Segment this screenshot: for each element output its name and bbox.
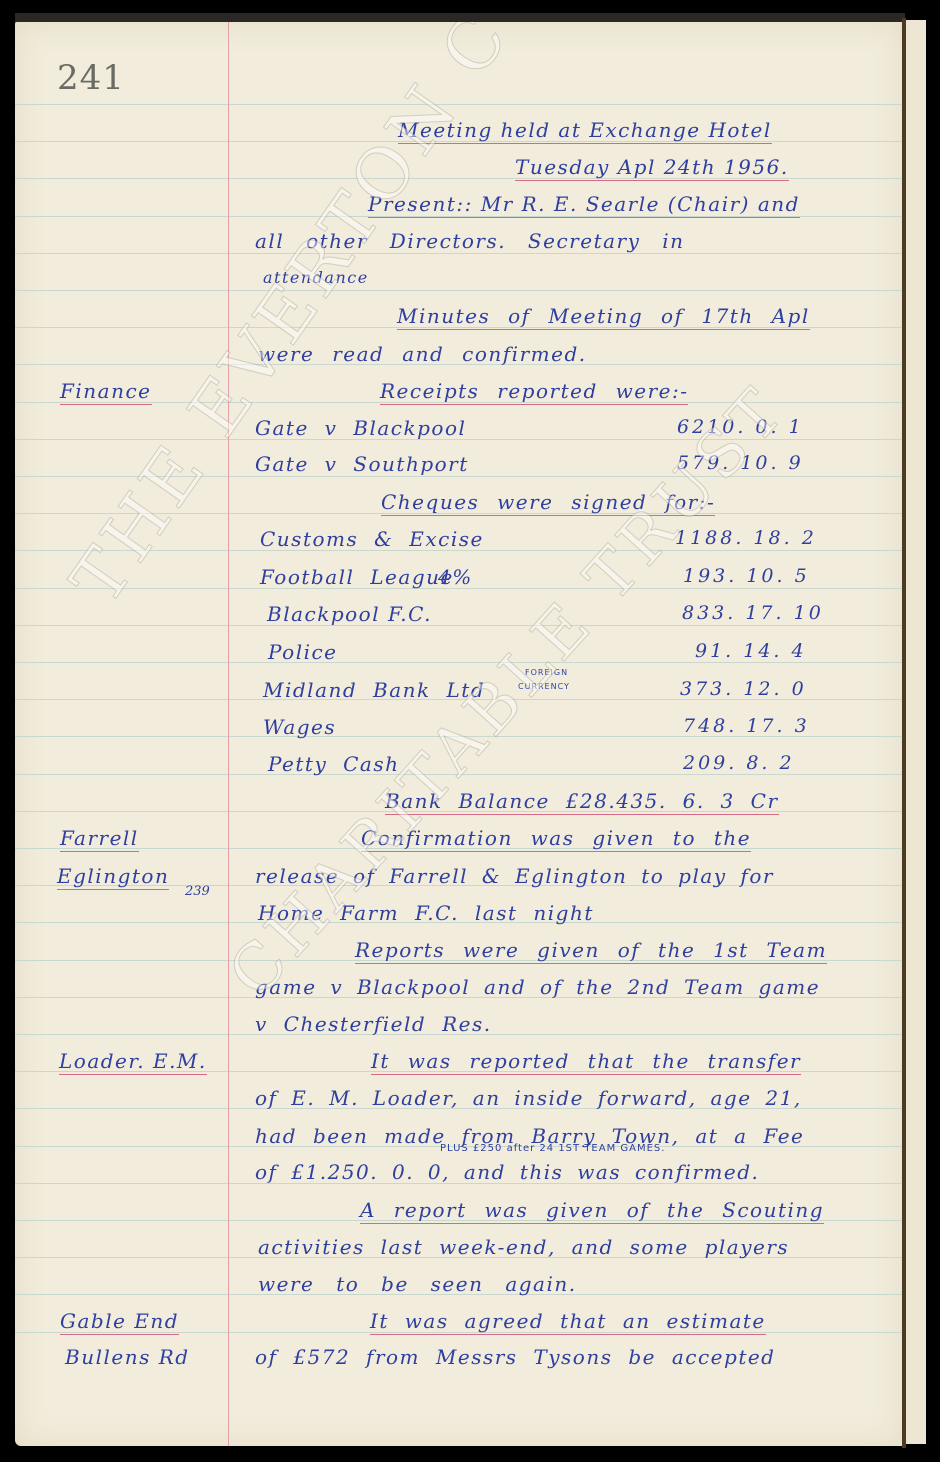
present-cont-2: attendance xyxy=(263,268,369,287)
confirmation-line: Confirmation was given to the xyxy=(361,826,751,850)
margin-eglington: Eglington xyxy=(57,864,169,890)
receipts-heading: Receipts reported were:- xyxy=(380,379,688,405)
cheque-note-4b: CURRENCY xyxy=(518,682,570,692)
reports-cont-1: game v Blackpool and of the 2nd Team gam… xyxy=(255,975,820,999)
cheque-label-5: Wages xyxy=(263,715,336,739)
receipt-label-1: Gate v Southport xyxy=(255,452,469,476)
cheque-amount-2: 833. 17. 10 xyxy=(682,602,824,624)
reports-line: Reports were given of the 1st Team xyxy=(355,938,827,962)
margin-finance: Finance xyxy=(60,379,152,405)
bank-balance: Bank Balance £28.435. 6. 3 Cr xyxy=(385,789,779,815)
estimate-cont-1: of £572 from Messrs Tysons be accepted xyxy=(255,1345,776,1369)
margin-rule xyxy=(228,22,229,1446)
scouting-line: A report was given of the Scouting xyxy=(360,1198,824,1222)
cheque-label-4: Midland Bank Ltd xyxy=(263,678,485,702)
present-text: Present:: Mr R. E. Searle (Chair) and xyxy=(368,192,800,218)
transfer-insert: PLUS £250 after 24 1ST TEAM GAMES. xyxy=(440,1144,665,1154)
minutes-line: Minutes of Meeting of 17th Apl xyxy=(397,304,810,328)
cheque-note-1: 4% xyxy=(438,565,473,589)
cheque-amount-3: 91. 14. 4 xyxy=(695,640,807,662)
scouting-text: A report was given of the Scouting xyxy=(360,1198,824,1224)
transfer-cont-3: of £1.250. 0. 0, and this was confirmed. xyxy=(255,1160,759,1184)
minutes-cont: were read and confirmed. xyxy=(258,342,587,366)
cheques-heading: Cheques were signed for:- xyxy=(381,490,715,516)
meeting-heading: Meeting held at Exchange Hotel xyxy=(398,118,772,144)
margin-eglington-ref: 239 xyxy=(185,884,210,899)
scouting-cont-2: were to be seen again. xyxy=(258,1272,577,1296)
margin-loader: Loader. E.M. xyxy=(59,1049,207,1075)
confirmation-text: Confirmation was given to the xyxy=(361,826,751,852)
estimate-line: It was agreed that an estimate xyxy=(370,1309,766,1333)
cheque-amount-5: 748. 17. 3 xyxy=(683,715,810,737)
meeting-date: Tuesday Apl 24th 1956. xyxy=(515,155,789,181)
cheque-label-0: Customs & Excise xyxy=(260,527,484,551)
receipt-amount-0: 6210. 0. 1 xyxy=(677,416,804,438)
estimate-text: It was agreed that an estimate xyxy=(370,1309,766,1335)
ledger-page: 241 Meeting held at Exchange Hotel Tuesd… xyxy=(15,22,903,1446)
scouting-cont-1: activities last week-end, and some playe… xyxy=(258,1235,789,1259)
reports-text: Reports were given of the 1st Team xyxy=(355,938,827,964)
receipt-label-0: Gate v Blackpool xyxy=(255,416,466,440)
reports-cont-2: v Chesterfield Res. xyxy=(255,1012,492,1036)
facing-page-edge xyxy=(906,20,926,1444)
present-cont-1: all other Directors. Secretary in xyxy=(255,229,685,253)
minutes-text: Minutes of Meeting of 17th Apl xyxy=(397,304,810,330)
cheque-amount-4: 373. 12. 0 xyxy=(680,678,807,700)
confirmation-cont-1: release of Farrell & Eglington to play f… xyxy=(255,864,774,888)
margin-farrell: Farrell xyxy=(60,826,139,852)
margin-gable-end: Gable End xyxy=(60,1309,179,1335)
confirmation-cont-2: Home Farm F.C. last night xyxy=(258,901,594,925)
cheque-label-6: Petty Cash xyxy=(268,752,400,776)
cheque-label-3: Police xyxy=(268,640,338,664)
margin-bullens-rd: Bullens Rd xyxy=(65,1345,190,1369)
cheque-label-1: Football League xyxy=(260,565,454,589)
cheque-label-2: Blackpool F.C. xyxy=(267,602,432,626)
cheque-amount-6: 209. 8. 2 xyxy=(683,752,795,774)
cheque-note-4a: FOREIGN xyxy=(525,668,568,678)
transfer-text: It was reported that the transfer xyxy=(371,1049,801,1075)
transfer-line: It was reported that the transfer xyxy=(371,1049,801,1073)
transfer-cont-1: of E. M. Loader, an inside forward, age … xyxy=(255,1086,802,1110)
cheque-amount-1: 193. 10. 5 xyxy=(683,565,810,587)
receipt-amount-1: 579. 10. 9 xyxy=(677,452,804,474)
page-number: 241 xyxy=(57,58,125,98)
cheque-amount-0: 1188. 18. 2 xyxy=(675,527,817,549)
present-line: Present:: Mr R. E. Searle (Chair) and xyxy=(368,192,800,216)
